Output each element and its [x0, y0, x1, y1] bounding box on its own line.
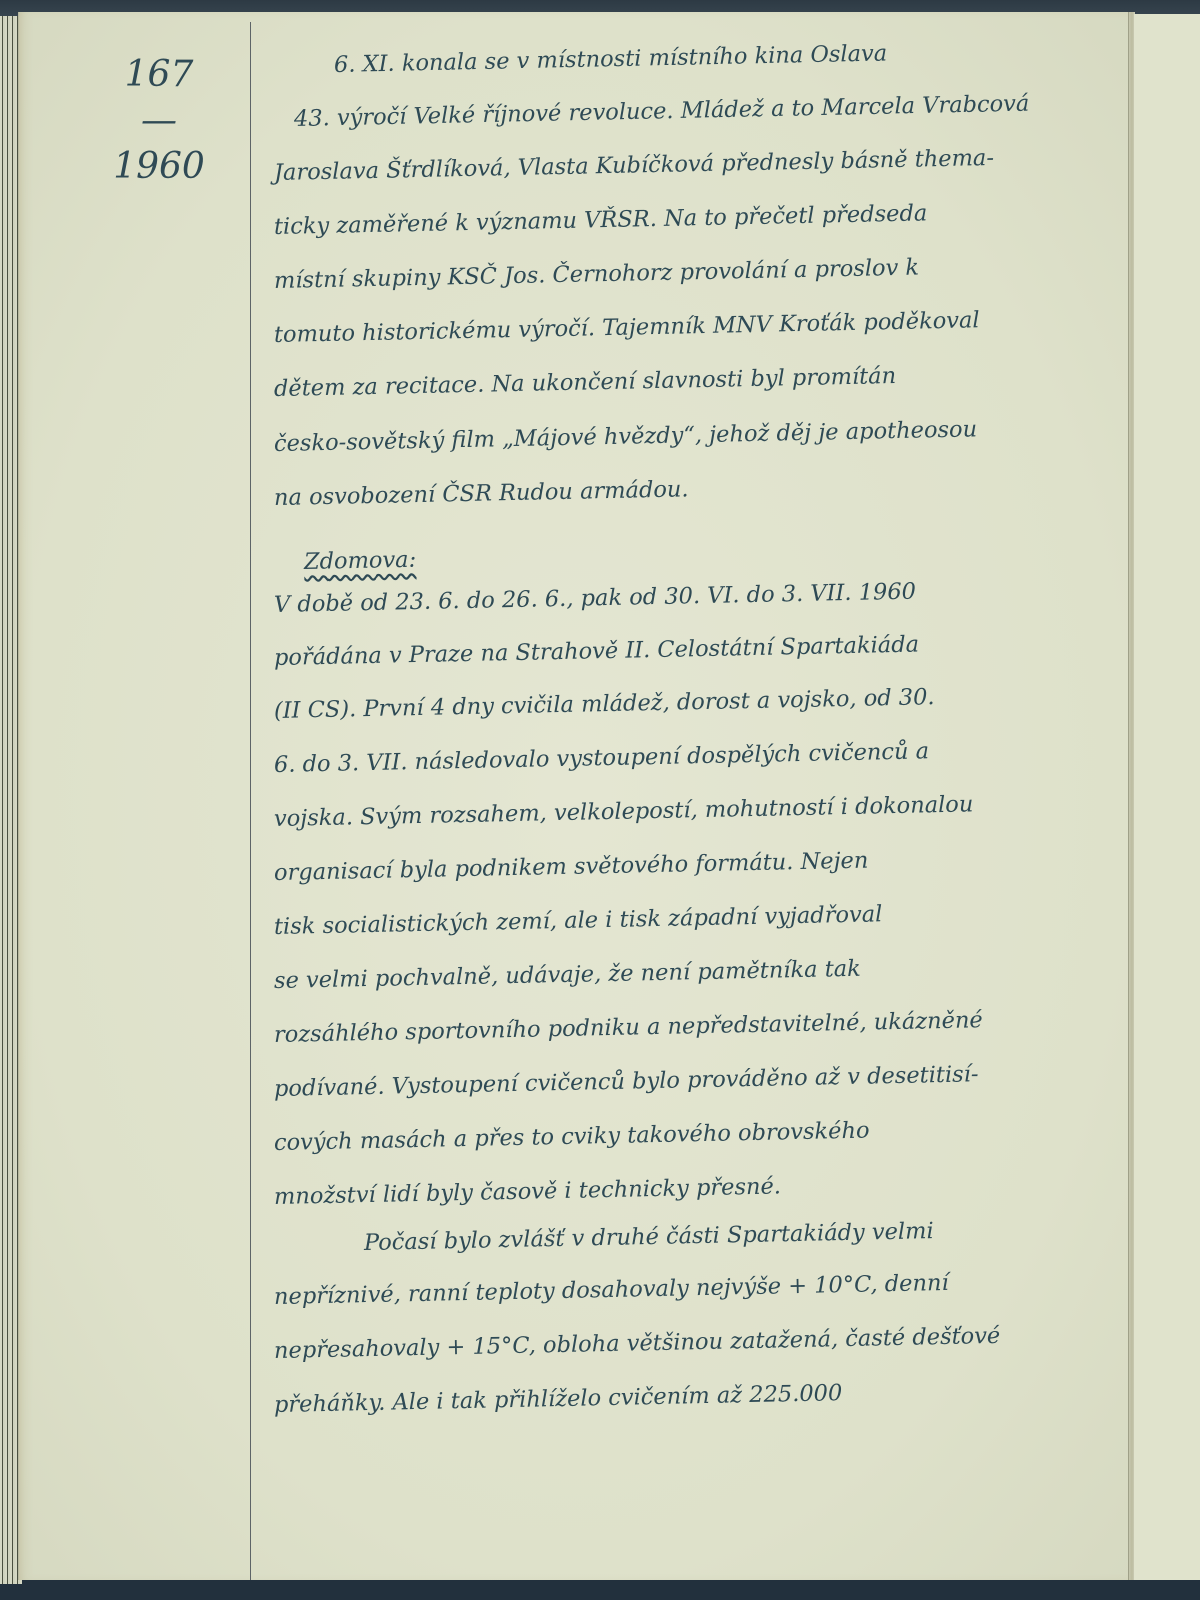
text-line: přeháňky. Ale i tak přihlíželo cvičením …: [274, 1380, 843, 1418]
text-line: místní skupiny KSČ Jos. Černohorz provol…: [274, 254, 920, 294]
text-line: ticky zaměřené k významu VŘSR. Na to pře…: [274, 200, 928, 240]
page-number: 167: [79, 52, 239, 98]
text-line: česko-sovětský film „Májové hvězdy“, jeh…: [274, 416, 978, 457]
text-line: pořádána v Praze na Strahově II. Celostá…: [274, 631, 920, 671]
text-line: množství lidí byly časově i technicky př…: [274, 1173, 781, 1210]
text-line: (II CS). První 4 dny cvičila mládež, dor…: [274, 684, 935, 724]
text-line: Jaroslava Šťrdlíková, Vlasta Kubíčková p…: [274, 145, 994, 186]
margin-note: 167 — 1960: [79, 52, 239, 190]
text-line: podívané. Vystoupení cvičenců bylo prová…: [274, 1061, 979, 1102]
text-line: cových masách a přes to cviky takového o…: [274, 1118, 870, 1156]
text-line: tomuto historickému výročí. Tajemník MNV…: [274, 307, 980, 348]
text-line: 6. do 3. VII. následovalo vystoupení dos…: [274, 738, 930, 778]
chronicle-page: 167 — 1960 6. XI. konala se v místnosti …: [18, 12, 1131, 1580]
text-line: nepříznivé, ranní teploty dosahovaly nej…: [274, 1270, 949, 1310]
text-line: rozsáhlého sportovního podniku a nepředs…: [274, 1007, 983, 1048]
year: 1960: [79, 144, 239, 190]
text-line: tisk socialistických zemí, ale i tisk zá…: [274, 901, 883, 940]
section-heading: Zdomova:: [304, 547, 417, 575]
margin-rule: [250, 22, 251, 1580]
text-line: na osvobození ČSR Rudou armádou.: [274, 476, 689, 511]
text-line: V době od 23. 6. do 26. 6., pak od 30. V…: [274, 579, 916, 618]
text-line: vojska. Svým rozsahem, velkolepostí, moh…: [274, 791, 974, 832]
text-line: 6. XI. konala se v místnosti místního ki…: [334, 40, 888, 78]
text-line: nepřesahovaly + 15°C, obloha většinou za…: [274, 1323, 1001, 1364]
margin-separator: —: [79, 98, 239, 144]
text-line: organisací byla podnikem světového formá…: [274, 848, 869, 886]
facing-page-edge: [1134, 14, 1200, 1580]
text-line: dětem za recitace. Na ukončení slavnosti…: [274, 363, 897, 402]
text-line: Počasí bylo zvlášť v druhé části Spartak…: [364, 1218, 934, 1256]
text-line: 43. výročí Velké říjnové revoluce. Mláde…: [294, 91, 1030, 132]
text-line: se velmi pochvalně, udávaje, že není pam…: [274, 956, 861, 994]
